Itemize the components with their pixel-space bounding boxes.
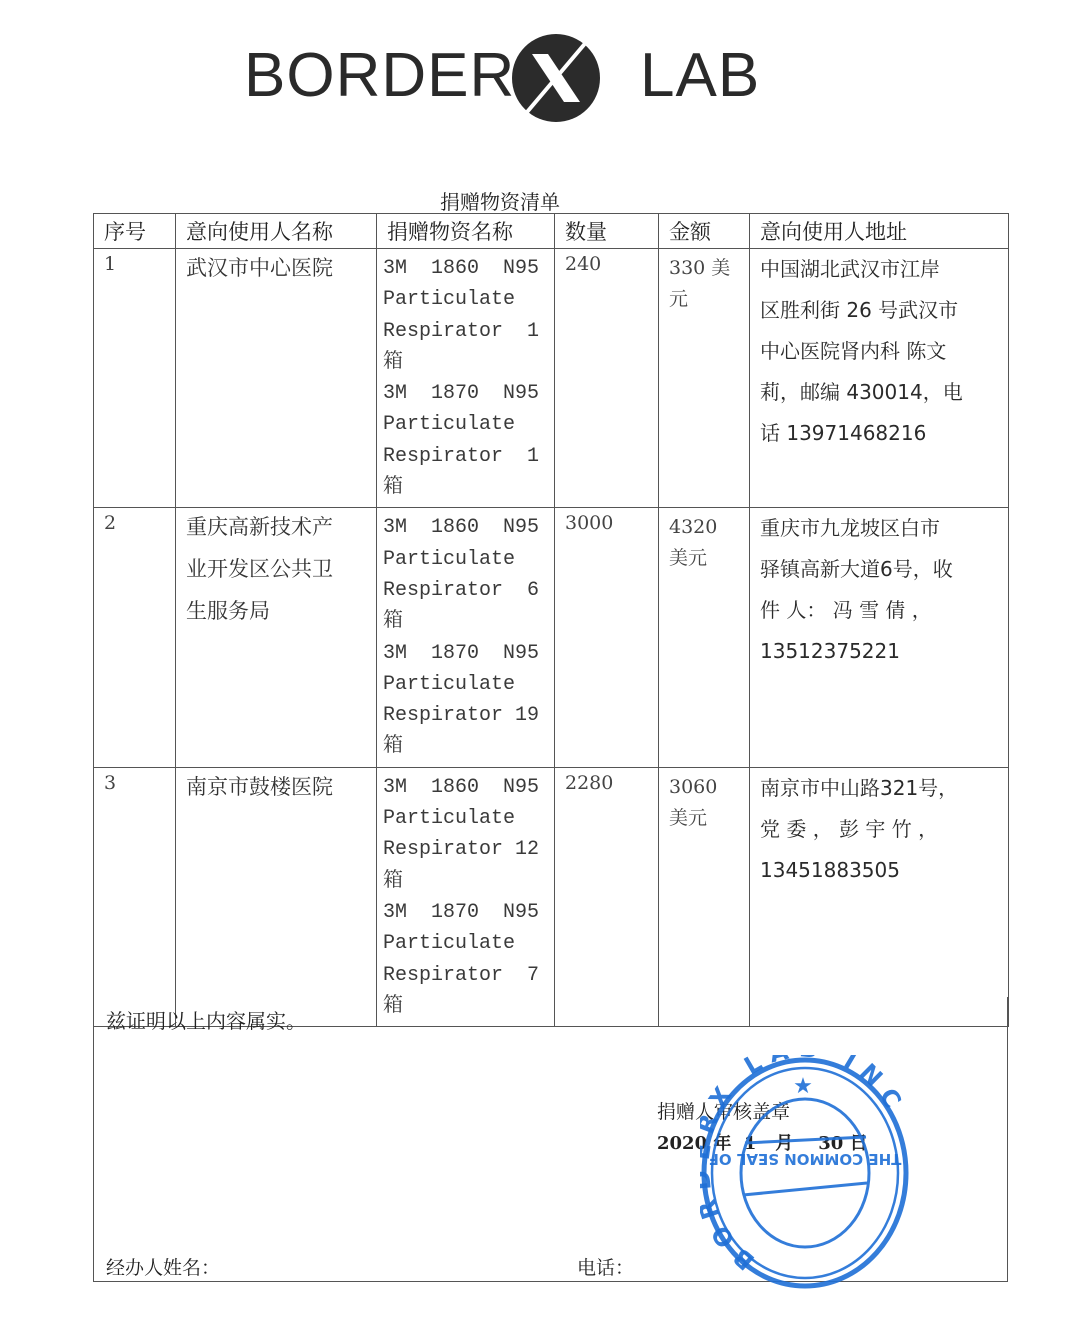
amount-line: 330 美 (669, 253, 739, 284)
cell-amount: 4320 美元 (659, 508, 750, 767)
cell-quantity: 3000 (555, 508, 659, 767)
cell-quantity: 240 (555, 249, 659, 508)
address-line: 话 13971468216 (760, 413, 998, 454)
header-recipient: 意向使用人名称 (176, 214, 377, 249)
header-seq: 序号 (94, 214, 176, 249)
seq-value: 2 (104, 512, 165, 534)
address-line: 莉，邮编 430014，电 (760, 372, 998, 413)
item-line: 箱 (383, 866, 544, 897)
item-line: Respirator 1 (383, 316, 544, 347)
header-address: 意向使用人地址 (750, 214, 1009, 249)
amount-line: 4320 (669, 512, 739, 543)
seq-value: 1 (104, 253, 165, 275)
amount-line: 3060 (669, 772, 739, 803)
svg-text:THE COMMON SEAL OF: THE COMMON SEAL OF (709, 1150, 902, 1168)
item-list: 3M 1860 N95 Particulate Respirator 6 箱 3… (383, 512, 544, 762)
phone-label: 电话： (577, 1253, 634, 1280)
donation-table: 序号 意向使用人名称 捐赠物资名称 数量 金额 意向使用人地址 1 武汉市中心医… (93, 213, 1008, 1027)
address-line: 中国湖北武汉市江岸 (760, 249, 998, 290)
certification-statement: 兹证明以上内容属实。 (106, 1005, 306, 1034)
quantity-value: 2280 (565, 772, 648, 794)
cell-recipient: 重庆高新技术产 业开发区公共卫 生服务局 (176, 508, 377, 767)
table-row: 1 武汉市中心医院 3M 1860 N95 Particulate Respir… (94, 249, 1009, 508)
item-line: 箱 (383, 472, 544, 503)
header-amount: 金额 (659, 214, 750, 249)
item-line: Particulate (383, 284, 544, 315)
item-line: 3M 1870 N95 (383, 378, 544, 409)
recipient-line: 武汉市中心医院 (186, 247, 366, 289)
item-line: Respirator 1 (383, 441, 544, 472)
svg-text:★: ★ (793, 1074, 813, 1099)
recipient-line: 重庆高新技术产 (186, 506, 366, 548)
item-line: 箱 (383, 731, 544, 762)
address-line: 区胜利街 26 号武汉市 (760, 290, 998, 331)
company-seal-stamp-icon: THE COMMON SEAL OF BORDERX LAB INC ★ (700, 1055, 910, 1290)
cell-recipient: 南京市鼓楼医院 (176, 767, 377, 1026)
cell-seq: 3 (94, 767, 176, 1026)
address-line: 南京市中山路321号， (760, 768, 998, 809)
cell-amount: 330 美 元 (659, 249, 750, 508)
address-value: 中国湖北武汉市江岸 区胜利街 26 号武汉市 中心医院肾内科 陈文 莉，邮编 4… (760, 249, 998, 454)
item-line: Particulate (383, 409, 544, 440)
item-line: Particulate (383, 928, 544, 959)
item-list: 3M 1860 N95 Particulate Respirator 1 箱 3… (383, 253, 544, 503)
logo-x-mark-icon (510, 32, 602, 124)
cell-items: 3M 1860 N95 Particulate Respirator 6 箱 3… (377, 508, 555, 767)
address-value: 重庆市九龙坡区白市 驿镇高新大道6号，收 件 人： 冯 雪 倩 ， 135123… (760, 508, 998, 672)
cell-items: 3M 1860 N95 Particulate Respirator 1 箱 3… (377, 249, 555, 508)
quantity-value: 3000 (565, 512, 648, 534)
amount-value: 330 美 元 (669, 253, 739, 315)
cell-items: 3M 1860 N95 Particulate Respirator 12 箱 … (377, 767, 555, 1026)
item-line: Particulate (383, 544, 544, 575)
seq-value: 3 (104, 772, 165, 794)
item-line: Respirator 19 (383, 700, 544, 731)
cell-seq: 1 (94, 249, 176, 508)
recipient-name: 重庆高新技术产 业开发区公共卫 生服务局 (186, 506, 366, 632)
table-row: 2 重庆高新技术产 业开发区公共卫 生服务局 3M 1860 N95 Parti… (94, 508, 1009, 767)
cell-recipient: 武汉市中心医院 (176, 249, 377, 508)
recipient-line: 业开发区公共卫 (186, 548, 366, 590)
recipient-line: 生服务局 (186, 590, 366, 632)
item-list: 3M 1860 N95 Particulate Respirator 12 箱 … (383, 772, 544, 1022)
recipient-name: 南京市鼓楼医院 (186, 766, 366, 808)
item-line: 3M 1870 N95 (383, 897, 544, 928)
logo-word-lab: LAB (640, 40, 760, 111)
cell-address: 南京市中山路321号， 党 委 ， 彭 宇 竹 ， 13451883505 (750, 767, 1009, 1026)
cell-seq: 2 (94, 508, 176, 767)
table-row: 3 南京市鼓楼医院 3M 1860 N95 Particulate Respir… (94, 767, 1009, 1026)
document-title: 捐赠物资清单 (0, 186, 1000, 215)
recipient-name: 武汉市中心医院 (186, 247, 366, 289)
address-line: 驿镇高新大道6号，收 (760, 549, 998, 590)
address-line: 党 委 ， 彭 宇 竹 ， (760, 809, 998, 850)
address-line: 重庆市九龙坡区白市 (760, 508, 998, 549)
logo-word-border: BORDER (244, 40, 515, 111)
header-items: 捐赠物资名称 (377, 214, 555, 249)
item-line: 3M 1860 N95 (383, 253, 544, 284)
item-line: Respirator 7 (383, 960, 544, 991)
item-line: Particulate (383, 803, 544, 834)
company-logo: BORDER LAB (240, 28, 760, 128)
item-line: 3M 1870 N95 (383, 638, 544, 669)
item-line: 3M 1860 N95 (383, 772, 544, 803)
table-header-row: 序号 意向使用人名称 捐赠物资名称 数量 金额 意向使用人地址 (94, 214, 1009, 249)
item-line: 箱 (383, 347, 544, 378)
address-line: 件 人： 冯 雪 倩 ， (760, 590, 998, 631)
address-value: 南京市中山路321号， 党 委 ， 彭 宇 竹 ， 13451883505 (760, 768, 998, 891)
amount-line: 元 (669, 284, 739, 315)
handler-name-label: 经办人姓名： (106, 1253, 220, 1280)
header-quantity: 数量 (555, 214, 659, 249)
address-line: 中心医院肾内科 陈文 (760, 331, 998, 372)
item-line: 3M 1860 N95 (383, 512, 544, 543)
address-line: 13451883505 (760, 850, 998, 891)
amount-line: 美元 (669, 543, 739, 574)
item-line: 箱 (383, 606, 544, 637)
amount-line: 美元 (669, 803, 739, 834)
item-line: Particulate (383, 669, 544, 700)
cell-quantity: 2280 (555, 767, 659, 1026)
recipient-line: 南京市鼓楼医院 (186, 766, 366, 808)
address-line: 13512375221 (760, 631, 998, 672)
item-line: Respirator 12 (383, 834, 544, 865)
amount-value: 4320 美元 (669, 512, 739, 574)
cell-amount: 3060 美元 (659, 767, 750, 1026)
item-line: Respirator 6 (383, 575, 544, 606)
cell-address: 中国湖北武汉市江岸 区胜利街 26 号武汉市 中心医院肾内科 陈文 莉，邮编 4… (750, 249, 1009, 508)
quantity-value: 240 (565, 253, 648, 275)
amount-value: 3060 美元 (669, 772, 739, 834)
cell-address: 重庆市九龙坡区白市 驿镇高新大道6号，收 件 人： 冯 雪 倩 ， 135123… (750, 508, 1009, 767)
